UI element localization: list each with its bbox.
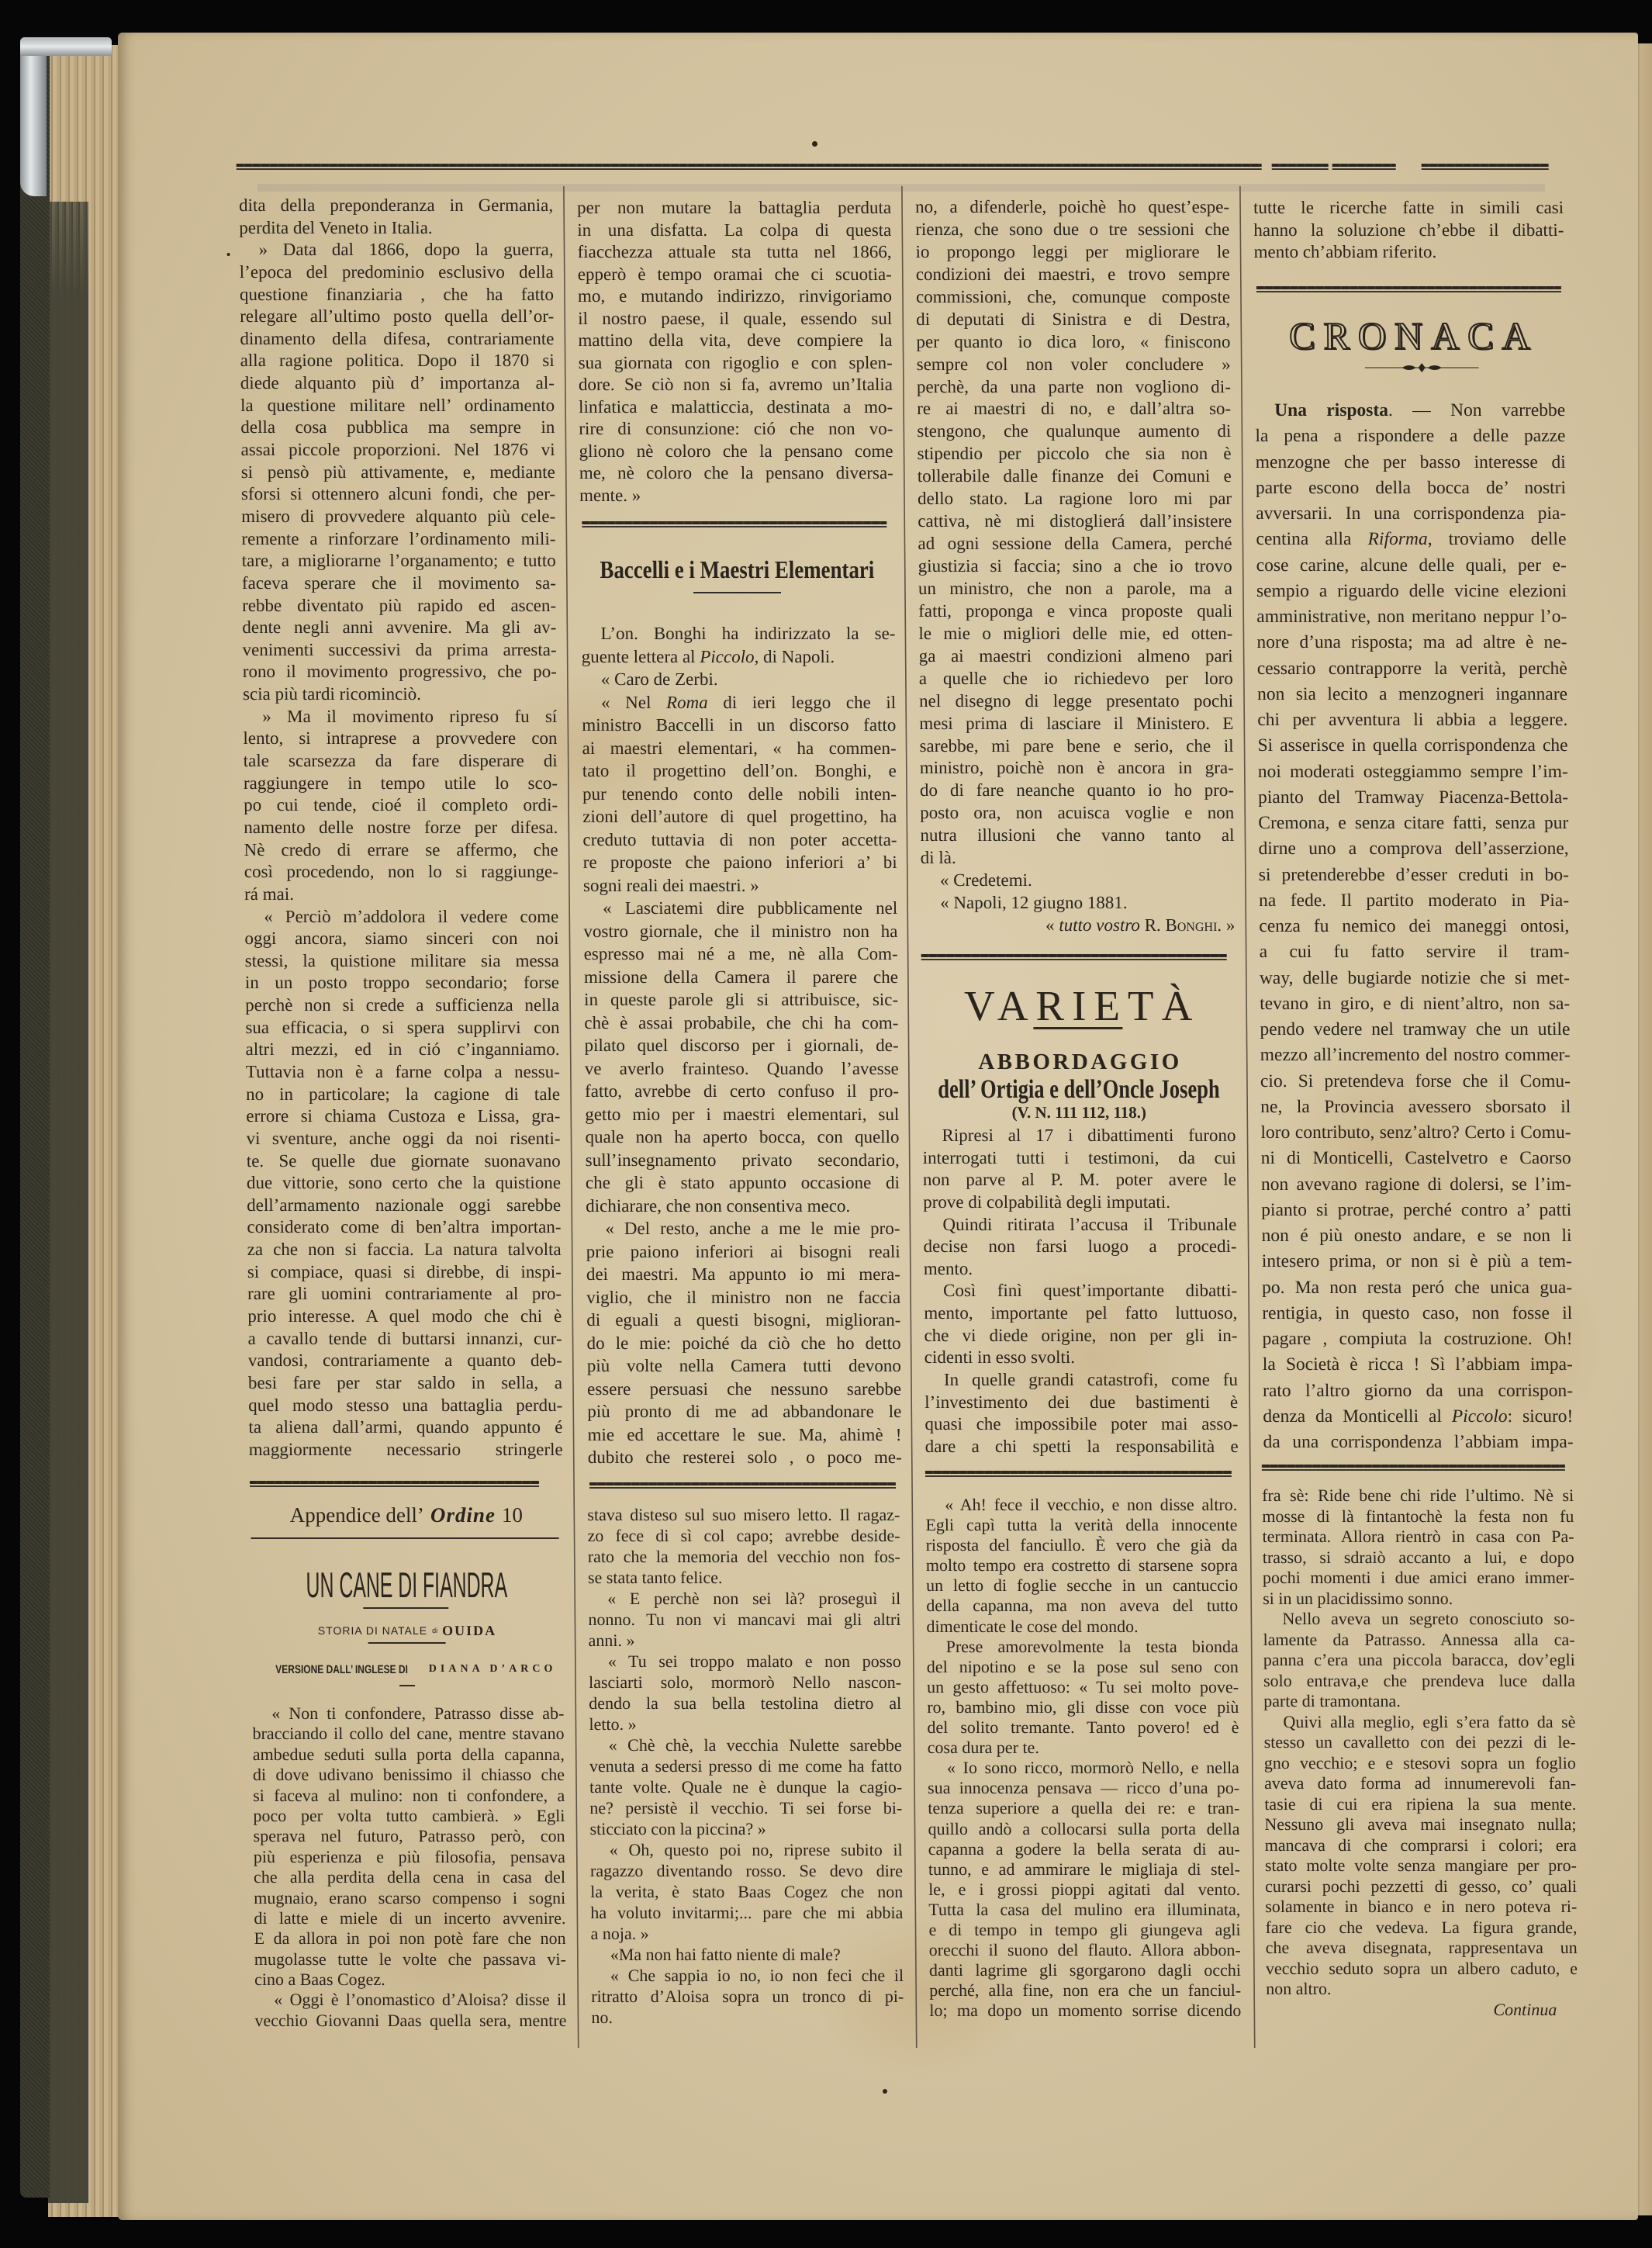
text-line: si pretenderebbe d’esser creduti in bo- bbox=[1259, 863, 1569, 888]
letter-signature: « tutto vostro R. Bonghi. » bbox=[921, 915, 1235, 937]
text-line: namento delle nostre forze per difesa. bbox=[244, 817, 558, 839]
text-line: mie ed accettare le sue. Ma, ahimè ! bbox=[587, 1423, 901, 1447]
text-line: pur tenendo conto delle nobili inten- bbox=[582, 783, 897, 806]
text-line: besi fare per star saldo in sella, a bbox=[248, 1372, 562, 1395]
text-line: dubito che resterei solo , o poco me- bbox=[588, 1446, 902, 1469]
text-line: lento, si intraprese a provvedere con bbox=[243, 728, 557, 750]
text-line: ministro Baccelli in un discorso fatto bbox=[582, 714, 896, 737]
text-line: che aveva disegnata, rappresentava un bbox=[1266, 1938, 1578, 1959]
text-line: tasie di cui era ripiena la sua mente. bbox=[1264, 1794, 1576, 1815]
text-line: rare gli uomini contrariamente al pro- bbox=[247, 1283, 562, 1306]
text-line: trasso, si sdraiò accanto a lui, e dopo bbox=[1263, 1548, 1574, 1568]
text-line: stato molte volte senza mangiare per pro… bbox=[1265, 1855, 1577, 1876]
text-line: la questione militare nell’ ordinamento bbox=[240, 395, 555, 417]
text-line: linfatica e malatticcia, destinata a mo- bbox=[579, 396, 893, 419]
text-line: ai maestri elementari, « ha commen- bbox=[582, 737, 896, 760]
text-line: dimenticate le cose del mondo. bbox=[926, 1617, 1238, 1637]
text-line: anni. » bbox=[589, 1630, 901, 1651]
text-line: dello stato. La ragione loro mi par bbox=[918, 488, 1232, 510]
text-line: intesero prima, or non si è più a tem- bbox=[1262, 1249, 1572, 1274]
text-line: dei maestri. Ma appunto io mi mera- bbox=[586, 1263, 900, 1286]
text-line: mugolasse tutte le volte che passava vi- bbox=[254, 1949, 566, 1970]
text-line: ritratto d’Aloisa sopra un tronco di pi- bbox=[591, 1986, 904, 2007]
serial-column-1: « Non ti confondere, Patrasso disse ab-b… bbox=[252, 1703, 566, 2031]
appendix-rule bbox=[925, 1471, 1232, 1477]
text-line: nel disegno di legge presentato pochi bbox=[919, 690, 1233, 713]
text-line: rono il movimento progressivo, che po- bbox=[243, 661, 557, 683]
text-line: E da allora in poi non potè fare che non bbox=[254, 1928, 566, 1949]
text-line: prove di colpabilità degli imputati. bbox=[923, 1191, 1236, 1214]
ornament-flourish-icon bbox=[1365, 362, 1479, 373]
text-line: stava disteso sul suo misero letto. Il r… bbox=[587, 1504, 900, 1525]
text-line: raggiungere in tempo utile lo sco- bbox=[244, 773, 558, 795]
text-line: po cui tende, cioé il completo ordi- bbox=[244, 794, 558, 817]
text-line: letto. » bbox=[589, 1714, 901, 1734]
text-line: dell’armamento nazionale oggi sarebbe bbox=[247, 1195, 561, 1217]
text-line: che alla perdita della cena in casa del bbox=[254, 1867, 565, 1887]
text-line: parte di tramontana. bbox=[1263, 1691, 1575, 1712]
text-line: sogni reali dei maestri. » bbox=[583, 874, 897, 897]
text-line: Quivi alla meglio, egli s’era fatto da s… bbox=[1263, 1712, 1575, 1733]
text-line: stipendio per piccolo che sia non è bbox=[917, 443, 1231, 465]
text-line: non é più onesto andare, e se non li bbox=[1261, 1223, 1571, 1249]
text-line: Nè credo di errare se affermo, che bbox=[244, 839, 558, 862]
text-line: prie paiono inferiori ai bisogni reali bbox=[586, 1240, 900, 1264]
text-line: quasi che impossibile poter mai asso- bbox=[924, 1413, 1238, 1436]
text-line: rá mai. bbox=[244, 884, 558, 906]
text-line: Tuttavia non è a farne colpa a nessu- bbox=[246, 1061, 560, 1084]
baccelli-headline: Baccelli e i Maestri Elementari bbox=[580, 554, 894, 585]
text-line: tutte le ricerche fatte in simili casi bbox=[1253, 197, 1564, 220]
text-line: dinamento della difesa, contrariamente bbox=[240, 328, 554, 351]
text-line: terminata. Allora rientrò in casa con Pa… bbox=[1262, 1527, 1574, 1548]
text-line: bracciando il collo del cane, mentre sta… bbox=[252, 1724, 564, 1744]
column-2-text: per non mutare la battaglia perdutain un… bbox=[577, 197, 893, 507]
text-line: aveva dato forma ad innumerevoli fan- bbox=[1264, 1773, 1576, 1794]
text-line: Così finì quest’importante dibatti- bbox=[924, 1280, 1237, 1302]
appendix-number: 10 bbox=[502, 1503, 523, 1527]
text-line: pagare , compiuta la costruzione. Oh! bbox=[1262, 1326, 1572, 1352]
text-line: la verita, è stato Baas Cogez che non bbox=[590, 1881, 903, 1902]
cronaca-section-header: CRONACA bbox=[1254, 314, 1564, 358]
text-line: in queste parole gli si attribuisce, sic… bbox=[584, 988, 898, 1012]
text-line: alla ragione politica. Dopo il 1870 si bbox=[240, 350, 555, 372]
text-line: e di tempo in tempo gli giungeva agli bbox=[928, 1920, 1240, 1940]
text-line: parte escono della bocca de’ nostri bbox=[1256, 476, 1566, 501]
text-line: vandosi, contrariamente a quanto deb- bbox=[248, 1350, 562, 1372]
text-line: del nipotino e se la pose sul seno con bbox=[927, 1657, 1239, 1677]
text-line: di dove udivano benissimo il chiasso che bbox=[253, 1765, 565, 1785]
newspaper-content: dita della preponderanza in Germania,per… bbox=[0, 0, 1652, 2248]
text-line: « Lasciatemi dire pubblicamente nel bbox=[583, 897, 897, 920]
text-line: sarebbe, mi pare bene e serio, che il bbox=[919, 735, 1233, 758]
text-line: interrogati tutti i testimoni, da cui bbox=[923, 1147, 1236, 1170]
text-line: in un posto troppo secondario; forse bbox=[245, 972, 559, 994]
text-line: mattino della vita, deve compiere la bbox=[578, 330, 892, 352]
text-line: prio interesse. A quel modo che chi è bbox=[247, 1306, 562, 1328]
text-line: pianto si protrae, perché contro a’ patt… bbox=[1261, 1198, 1571, 1223]
italic-text: Riforma bbox=[1368, 529, 1428, 549]
text-line: « Oggi è l’onomastico d’Aloisa? disse il bbox=[254, 1990, 566, 2010]
text-line: vostro giornale, che il ministro non ha bbox=[583, 920, 897, 943]
text-line: orecchi il suono del flauto. Allora abbo… bbox=[929, 1940, 1241, 1960]
article-title: ABBORDAGGIO bbox=[976, 1050, 1182, 1075]
text-line: menzogne che per basso interesse di bbox=[1256, 450, 1566, 476]
text-line: rato che la memoria del vecchio non fos- bbox=[588, 1546, 900, 1567]
newspaper-name: Ordine bbox=[430, 1503, 496, 1527]
text-line: tenza superiore a quella dei re: e tran- bbox=[928, 1798, 1239, 1818]
text-line: do di fare neanche quanto io ho pro- bbox=[920, 780, 1234, 802]
text-line: non altro. bbox=[1266, 1979, 1578, 2000]
serial-text: fra sè: Ride bene chi ride l’ultimo. Nè … bbox=[1262, 1485, 1578, 2000]
text-line: getto mio per i maestri elementari, sul bbox=[585, 1103, 899, 1126]
column-3-text: no, a difenderle, poichè ho quest’espe-r… bbox=[915, 196, 1236, 937]
text-line: dore. Se ciò non si fa, avremo un’Italia bbox=[579, 374, 893, 396]
text-line: sua giornata con rigoglio e con splen- bbox=[579, 352, 893, 375]
text-line: altri mezzi, ed in ció c’inganniamo. bbox=[246, 1039, 560, 1061]
translation-label: VERSIONE DALL’ INGLESE DI bbox=[275, 1663, 408, 1676]
text-line: perchè non si crede a sufficienza nella bbox=[245, 994, 559, 1017]
text-line: dichiarare, che non consentiva meco. bbox=[586, 1195, 900, 1218]
text-line: della cosa pubblica ma sempre in bbox=[240, 417, 555, 439]
text-line: sperava nel futuro, Patrasso però, con bbox=[253, 1826, 565, 1846]
text-line: il nostro paese, il quale, essendo sul bbox=[578, 308, 892, 330]
italic-text: Roma bbox=[666, 693, 708, 712]
text-line: se stata tanto felice. bbox=[588, 1567, 900, 1588]
text-line: più volte nella Camera tutti devono bbox=[587, 1354, 901, 1378]
text-line: Quindi ritirata l’accusa il Tribunale bbox=[923, 1214, 1236, 1236]
text-line: posto ora, non acuisca voglie e non bbox=[920, 802, 1234, 825]
text-line: relegare all’ultimo posto quella dell’or… bbox=[240, 306, 554, 328]
text-line: poco per volta tutto cambierà. » Egli bbox=[253, 1806, 565, 1826]
text-line: di deputati di Sinistra e di Destra, bbox=[916, 309, 1230, 331]
text-line: a cavallo tende di buttarsi innanzi, cur… bbox=[247, 1328, 562, 1351]
text-line: del solito tremante. Tanto povero! ed è bbox=[927, 1717, 1239, 1738]
text-line: non avevano ragione di dolersi, se l’im- bbox=[1261, 1172, 1571, 1198]
text-line: mancava di che comprarsi i colori; era bbox=[1265, 1835, 1577, 1856]
text-line: stengono, che qualunque aumento di bbox=[917, 420, 1231, 443]
text-line: mugnaio, erano scarso compenso i sogni bbox=[254, 1888, 565, 1908]
text-line: ni di Monticelli, Castelvetro e Caorso bbox=[1261, 1146, 1571, 1171]
text-line: quillo andò a collocarsi sulla porta del… bbox=[928, 1819, 1239, 1839]
text-line: in una disfatta. La colpa di questa bbox=[577, 220, 891, 242]
text-line: chè è assai probabile, che chi ha com- bbox=[584, 1012, 898, 1035]
text-line: nore d’una risposta; ma ad altre è ne- bbox=[1256, 630, 1567, 655]
text-line: way, delle bugiarde notizie che si met- bbox=[1260, 966, 1570, 991]
text-line: risposta del fanciullo. È vero che già d… bbox=[926, 1535, 1238, 1555]
article-subtitle: dell’ Ortigia e dell’Oncle Joseph bbox=[938, 1075, 1220, 1105]
text-line: maggiormente necessario stringerle bbox=[249, 1439, 563, 1461]
section-rule bbox=[921, 954, 1227, 960]
section-rule bbox=[582, 521, 886, 527]
text-line: re ai maestri di no, e dall’altra so- bbox=[917, 398, 1231, 420]
text-line: danti lagrime gli sgorgarono dagli occhi bbox=[929, 1960, 1241, 1980]
text-line: Egli capì tutta la verità della innocent… bbox=[925, 1515, 1237, 1535]
text-line: viglio, che il ministro non ne faccia bbox=[586, 1286, 900, 1309]
text-line: non sia lecito a menzogneri ingannare bbox=[1257, 682, 1567, 707]
text-line: gliono nè coloro che la pensano come bbox=[579, 441, 893, 463]
text-line: rato l’altro giorno da una corrispon- bbox=[1263, 1378, 1573, 1404]
varieta-article-subtitle: dell’ Ortigia e dell’Oncle Joseph bbox=[922, 1074, 1236, 1105]
text-line: per non mutare la battaglia perduta bbox=[577, 197, 891, 220]
quote-open: « bbox=[1045, 915, 1055, 935]
text-line: giustizia si faccia; sino a che io trovo bbox=[918, 555, 1232, 578]
text-line: dita della preponderanza in Germania, bbox=[239, 195, 553, 217]
text-line: vecchio Giovanni Daas quella sera, mentr… bbox=[254, 2011, 566, 2031]
article-title: Baccelli e i Maestri Elementari bbox=[600, 555, 874, 584]
text-line: un ministro, che non a parole, ma a bbox=[918, 578, 1232, 600]
text-line: a cui fu fatto servire il tram- bbox=[1260, 939, 1570, 965]
text-line: hanno la soluzione ch’ebbe il dibatti- bbox=[1253, 220, 1564, 242]
text-line: zo fece di sì col capo; avrebbe deside- bbox=[587, 1525, 900, 1546]
serial-subtitle: STORIA DI NATALE di OUIDA bbox=[250, 1622, 564, 1639]
text-line: così procedendo, non lo si raggiunge- bbox=[244, 861, 558, 884]
text-line: tevano in giro, e di nient’altro, non sa… bbox=[1260, 991, 1570, 1017]
author-name: OUIDA bbox=[442, 1623, 496, 1639]
text-line: ve averlo frainteso. Quando l’avesse bbox=[585, 1057, 899, 1081]
credit-rule bbox=[399, 1685, 415, 1686]
text-line: sticciato con la piccina? » bbox=[589, 1818, 902, 1839]
text-line: na fede. Il partito moderato in Pia- bbox=[1259, 888, 1569, 914]
text-line: sforsi si ottennero alcuni fondi, che pe… bbox=[241, 483, 555, 506]
text-line: Cremona, e senza citare fatti, senza pur bbox=[1258, 811, 1568, 836]
text-line: loro contributo, senz’altro? Certo i Com… bbox=[1260, 1120, 1571, 1146]
text-line: pianto del Tramway Piacenza-Bettola- bbox=[1258, 785, 1568, 811]
text-line: l’investimento dei due bastimenti è bbox=[924, 1392, 1238, 1414]
text-line: cessario contrapporre la verità, perchè bbox=[1257, 656, 1567, 682]
article-military-text: dita della preponderanza in Germania,per… bbox=[239, 195, 563, 1461]
text-line: fare cio che vedeva. La figura grande, bbox=[1265, 1918, 1577, 1938]
text-line: diede alquanto più d’ importanza al- bbox=[240, 372, 555, 395]
text-line: panna c’era una piccola baracca, dov’egl… bbox=[1263, 1650, 1575, 1671]
text-line: di latte e miele di un incerto avvenire. bbox=[254, 1908, 565, 1928]
text-line: fatti, proponga e vinca proposte quali bbox=[918, 600, 1232, 623]
text-line: le mie o migliori delle mie, ed otten- bbox=[918, 623, 1232, 645]
varieta-reference: (V. N. 111 112, 118.) bbox=[922, 1103, 1236, 1122]
text-line: lo; ma dopo un momento sorrise dicendo bbox=[929, 2001, 1241, 2021]
varieta-section-header: VARIETÀ bbox=[921, 982, 1235, 1029]
text-line: « Oh, questo poi no, riprese subito il bbox=[590, 1839, 903, 1860]
section-title: VARIETÀ bbox=[956, 981, 1201, 1030]
appendix-rule bbox=[589, 1482, 896, 1489]
italic-text: Piccolo bbox=[700, 647, 754, 666]
text-line: decise non farsi luogo a procedi- bbox=[924, 1236, 1237, 1258]
text-line: scia più tardi ricominciò. bbox=[243, 683, 557, 706]
serial-text: « Non ti confondere, Patrasso disse ab-b… bbox=[252, 1703, 566, 2031]
appendix-rule bbox=[250, 1481, 539, 1487]
text-line: oggi ancora, siamo sinceri con noi bbox=[244, 928, 558, 950]
text-line: nonno. Tu non vi mancavi mai gli altri bbox=[588, 1609, 900, 1630]
title-rule bbox=[363, 1607, 448, 1609]
continua-text: Continua bbox=[1493, 2000, 1557, 2019]
text-line: Prese amorevolmente la testa bionda bbox=[927, 1637, 1239, 1657]
text-line: mesi prima di lasciare il Ministero. E bbox=[919, 713, 1233, 735]
text-line: mosse di là fintantochè la festa non fu bbox=[1262, 1506, 1574, 1527]
text-line: « Nel Roma di ieri leggo che il bbox=[582, 691, 896, 714]
text-line: zioni dell’autore di quel progettino, ha bbox=[582, 805, 897, 828]
text-line: rire di consunzione: ció che non vo- bbox=[579, 418, 893, 441]
serial-column-2: stava disteso sul suo misero letto. Il r… bbox=[587, 1504, 904, 2028]
text-line: di eguali a questi bisogni, miglioran- bbox=[586, 1309, 900, 1332]
section-rule bbox=[1256, 286, 1561, 292]
text-line: ambedue seduti sulla porta della capanna… bbox=[253, 1745, 565, 1765]
text-line: considerato come di ben’altra importan- bbox=[247, 1216, 561, 1239]
text-line: « Perciò m’addolora il vedere come bbox=[244, 906, 558, 929]
appendix-rule bbox=[1262, 1465, 1565, 1471]
text-line: In quelle grandi catastrofi, come fu bbox=[924, 1369, 1238, 1392]
text-line: si in un placidissimo sonno. bbox=[1263, 1589, 1574, 1610]
text-line: si compiace, quasi si direbbe, di inspi- bbox=[247, 1261, 562, 1284]
text-line: cidenti in esso svolti. bbox=[924, 1347, 1238, 1369]
text-line: tunno, e ad ammirare le migliaja di stel… bbox=[928, 1859, 1240, 1880]
text-line: « Chè chè, la vecchia Nulette sarebbe bbox=[589, 1734, 902, 1755]
text-line: missione della Camera il parere che bbox=[584, 966, 898, 989]
text-line: chi per avventura li abbia a leggere. bbox=[1257, 707, 1567, 733]
text-line: non parve al P. M. poter avere le bbox=[923, 1169, 1236, 1191]
continued-label: Continua bbox=[1266, 2000, 1578, 2021]
text-line: mezzo all’incremento del nostro commer- bbox=[1260, 1043, 1571, 1068]
text-line: Tutta la casa del mulino era illuminata, bbox=[928, 1900, 1240, 1920]
text-line: L’on. Bonghi ha indirizzato la se- bbox=[581, 622, 895, 645]
column-4-text: tutte le ricerche fatte in simili casiha… bbox=[1253, 197, 1564, 264]
text-line: la pena a rispondere a delle pazze bbox=[1255, 424, 1565, 449]
text-line: « Del resto, anche a me le mie pro- bbox=[586, 1217, 900, 1240]
text-line: Nello aveva un segreto conosciuto so- bbox=[1263, 1609, 1574, 1630]
text-line: un gesto affettuoso: « Tu sei molto pove… bbox=[927, 1677, 1239, 1697]
text-line: venimenti successivi da prima arresta- bbox=[242, 639, 556, 662]
text-line: « Io sono ricco, mormorò Nello, e nella bbox=[928, 1758, 1239, 1778]
title-underline bbox=[693, 592, 781, 593]
text-line: solamente in bianco e in nero poteva ri- bbox=[1265, 1897, 1577, 1918]
text-line: sull’insegnamento privato secondario, bbox=[586, 1149, 900, 1172]
italic-text: Piccolo bbox=[1452, 1406, 1508, 1427]
appendix-label: Appendice dell’ Ordine 10 bbox=[249, 1502, 563, 1528]
text-line: due vittorie, sono certo che la quistion… bbox=[247, 1172, 561, 1195]
subtitle-by: di bbox=[432, 1627, 437, 1634]
text-line: lamente da Patrasso. Annessa alla ca- bbox=[1263, 1630, 1574, 1651]
text-line: lasciarti solo, mormorò Nello nascon- bbox=[589, 1672, 901, 1693]
text-line: si faceva al mulino: non ti confondere, … bbox=[253, 1786, 565, 1806]
text-line: assai piccole proporzioni. Nel 1876 vi bbox=[240, 439, 555, 462]
text-line: vi sventure, anche oggi da noi risenti- bbox=[246, 1128, 560, 1150]
serial-text: stava disteso sul suo misero letto. Il r… bbox=[587, 1504, 904, 2028]
text-line: della capanna, ma non aveva del tutto bbox=[926, 1596, 1238, 1616]
text-line: un letto di foglie secche in un cantucci… bbox=[926, 1575, 1238, 1596]
issue-reference: (V. N. 111 112, 118.) bbox=[1011, 1103, 1146, 1122]
text-line: do le mie: poiché da ciò che ho detto bbox=[586, 1332, 900, 1355]
text-line: venuta a sedersi presso di me come ha fa… bbox=[589, 1755, 902, 1776]
una-risposta-text: Una risposta. — Non varrebbela pena a ri… bbox=[1255, 398, 1574, 1455]
text-line: « Che sappia io no, io non feci che il bbox=[591, 1965, 904, 1986]
text-line: avversarii. In una corrispondenza pia- bbox=[1256, 501, 1566, 527]
text-line: stesso un cavalletto con dei pezzi di le… bbox=[1264, 1732, 1576, 1753]
serial-title-text: UN CANE DI FIANDRA bbox=[306, 1564, 508, 1606]
text-line: dente negli anni avvenire. Ma gli av- bbox=[242, 617, 556, 639]
text-line: epperò è tempo oramai che ci scuotia- bbox=[578, 264, 892, 286]
text-line: denza da Monticelli al Piccolo: sicuro! bbox=[1263, 1404, 1573, 1430]
text-line: per quanto io dica loro, « finiscono bbox=[916, 331, 1230, 354]
text-line: sempre col non voler concludere » bbox=[917, 354, 1231, 376]
text-line: « E perchè non sei là? proseguì il bbox=[588, 1588, 900, 1609]
text-line: sempio a riguardo delle vicine elezioni bbox=[1256, 579, 1567, 604]
text-line: cenza fu nemico dei maneggi ontosi, bbox=[1259, 914, 1569, 939]
article-military-conclusion: per non mutare la battaglia perdutain un… bbox=[577, 197, 893, 507]
text-line: che vi diede origine, non per gli in- bbox=[924, 1325, 1237, 1347]
signature-closing: tutto vostro bbox=[1059, 915, 1140, 935]
appendix-thin-rule bbox=[251, 1537, 559, 1539]
text-line: molto tempo era costretto di starsene so… bbox=[926, 1555, 1238, 1575]
margin-dot bbox=[227, 253, 230, 256]
text-line: sua innocenza pensava — ricco d’una po- bbox=[928, 1778, 1239, 1798]
text-line: mento, importante pel fatto luttuoso, bbox=[924, 1302, 1237, 1325]
text-line: » Ma il movimento ripreso fu sí bbox=[243, 706, 557, 728]
text-line: « Napoli, 12 giugno 1881. bbox=[921, 892, 1235, 915]
text-line: « Ah! fece il vecchio, e non disse altro… bbox=[925, 1495, 1237, 1515]
text-line: dendo la sua bella testolina dietro al bbox=[589, 1693, 901, 1714]
abbordaggio-text: Ripresi al 17 i dibattimenti furonointer… bbox=[922, 1125, 1238, 1458]
text-line: tale scarsezza da fare disperare di bbox=[244, 750, 558, 773]
text-line: questione finanziaria , che ha fatto bbox=[240, 284, 554, 306]
text-line: ad ogni sessione della Camera, perché bbox=[918, 533, 1232, 555]
text-line: perdita del Veneto in Italia. bbox=[239, 217, 553, 240]
text-line: amministrative, non meritano neppur l’o- bbox=[1256, 604, 1567, 630]
text-line: quale non ha aperto bocca, con quello bbox=[585, 1126, 899, 1149]
text-line: di là. bbox=[921, 847, 1235, 870]
text-line: mento ch’abbiam riferito. bbox=[1253, 241, 1564, 264]
text-line: ne? persistè il vecchio. Ti sei forse bi… bbox=[589, 1797, 902, 1818]
text-line: ta aliena dall’armi, quando appunto é bbox=[248, 1416, 562, 1439]
text-line: « Non ti confondere, Patrasso disse ab- bbox=[252, 1703, 564, 1724]
text-line: l’epoca del predominio esclusivo della bbox=[240, 261, 554, 284]
text-line: Si asserisce in quella corrispondenza ch… bbox=[1257, 733, 1567, 759]
text-line: perché, alla fine, non era che un fanciu… bbox=[929, 1980, 1241, 2001]
text-line: solo entrava,e che prendeva luce dalla bbox=[1263, 1671, 1575, 1692]
text-line: misero di provvedere alquanto più cele- bbox=[241, 506, 555, 528]
serial-text: « Ah! fece il vecchio, e non disse altro… bbox=[925, 1495, 1241, 2021]
text-line: rebbe diventato più rapido ed ascen- bbox=[242, 595, 556, 617]
section-underline bbox=[1033, 1027, 1122, 1029]
text-line: la Società è ricca ! Sì l’abbiam impa- bbox=[1263, 1352, 1573, 1378]
text-line: fra sè: Ride bene chi ride l’ultimo. Nè … bbox=[1262, 1485, 1574, 1506]
text-line: fiacchezza attuale sta tutta nel 1866, bbox=[577, 241, 891, 264]
serial-translation-credit: VERSIONE DALL’ INGLESE DI DIANA D’ARCO bbox=[251, 1661, 565, 1678]
text-line: faceva sperare che il movimento sa- bbox=[242, 572, 556, 595]
text-line: io propongo leggi per migliorare le bbox=[915, 241, 1229, 264]
text-line: tato il progettino dell’on. Bonghi, e bbox=[582, 759, 897, 783]
text-line: remente a rinforzare l’ordinamento mili- bbox=[241, 528, 555, 551]
text-line: ha voluto invitarmi;... pare che mi abbi… bbox=[590, 1902, 903, 1923]
text-line: noi moderati osteggiammo sempre l’im- bbox=[1258, 759, 1568, 785]
signature-name: R. Bonghi. bbox=[1145, 915, 1222, 935]
text-line: pochi momenti i due amici erano immer- bbox=[1263, 1568, 1574, 1589]
text-line: rentigia, in questo caso, non fosse il bbox=[1262, 1301, 1572, 1326]
text-line: no. bbox=[591, 2007, 904, 2028]
text-line: cattiva, nè mi distoglierá dall’insister… bbox=[918, 510, 1232, 533]
text-line: essere persuasi che nessuno sarebbe bbox=[587, 1378, 901, 1401]
text-line: mento. bbox=[924, 1258, 1237, 1281]
text-line: cosa dura per te. bbox=[928, 1738, 1239, 1758]
text-line: Nessuno gli aveva mai insegnato nulla; bbox=[1264, 1814, 1576, 1835]
text-line: za che non si faccia. La natura talvolta bbox=[247, 1239, 562, 1261]
text-line: sua efficacia, o si spera supplirvi con bbox=[245, 1017, 559, 1039]
text-line: a noja. » bbox=[590, 1923, 903, 1944]
text-line: espresso mai né a me, nè alla Com- bbox=[584, 942, 898, 966]
text-line: condizioni dei maestri, e trovo sempre bbox=[916, 264, 1230, 286]
text-line: ne, la Provincia avessero sborsato il bbox=[1260, 1095, 1571, 1120]
quote-close: » bbox=[1226, 915, 1236, 935]
varieta-article-title: ABBORDAGGIO bbox=[922, 1049, 1236, 1075]
text-line: Ripresi al 17 i dibattimenti furono bbox=[922, 1125, 1236, 1147]
